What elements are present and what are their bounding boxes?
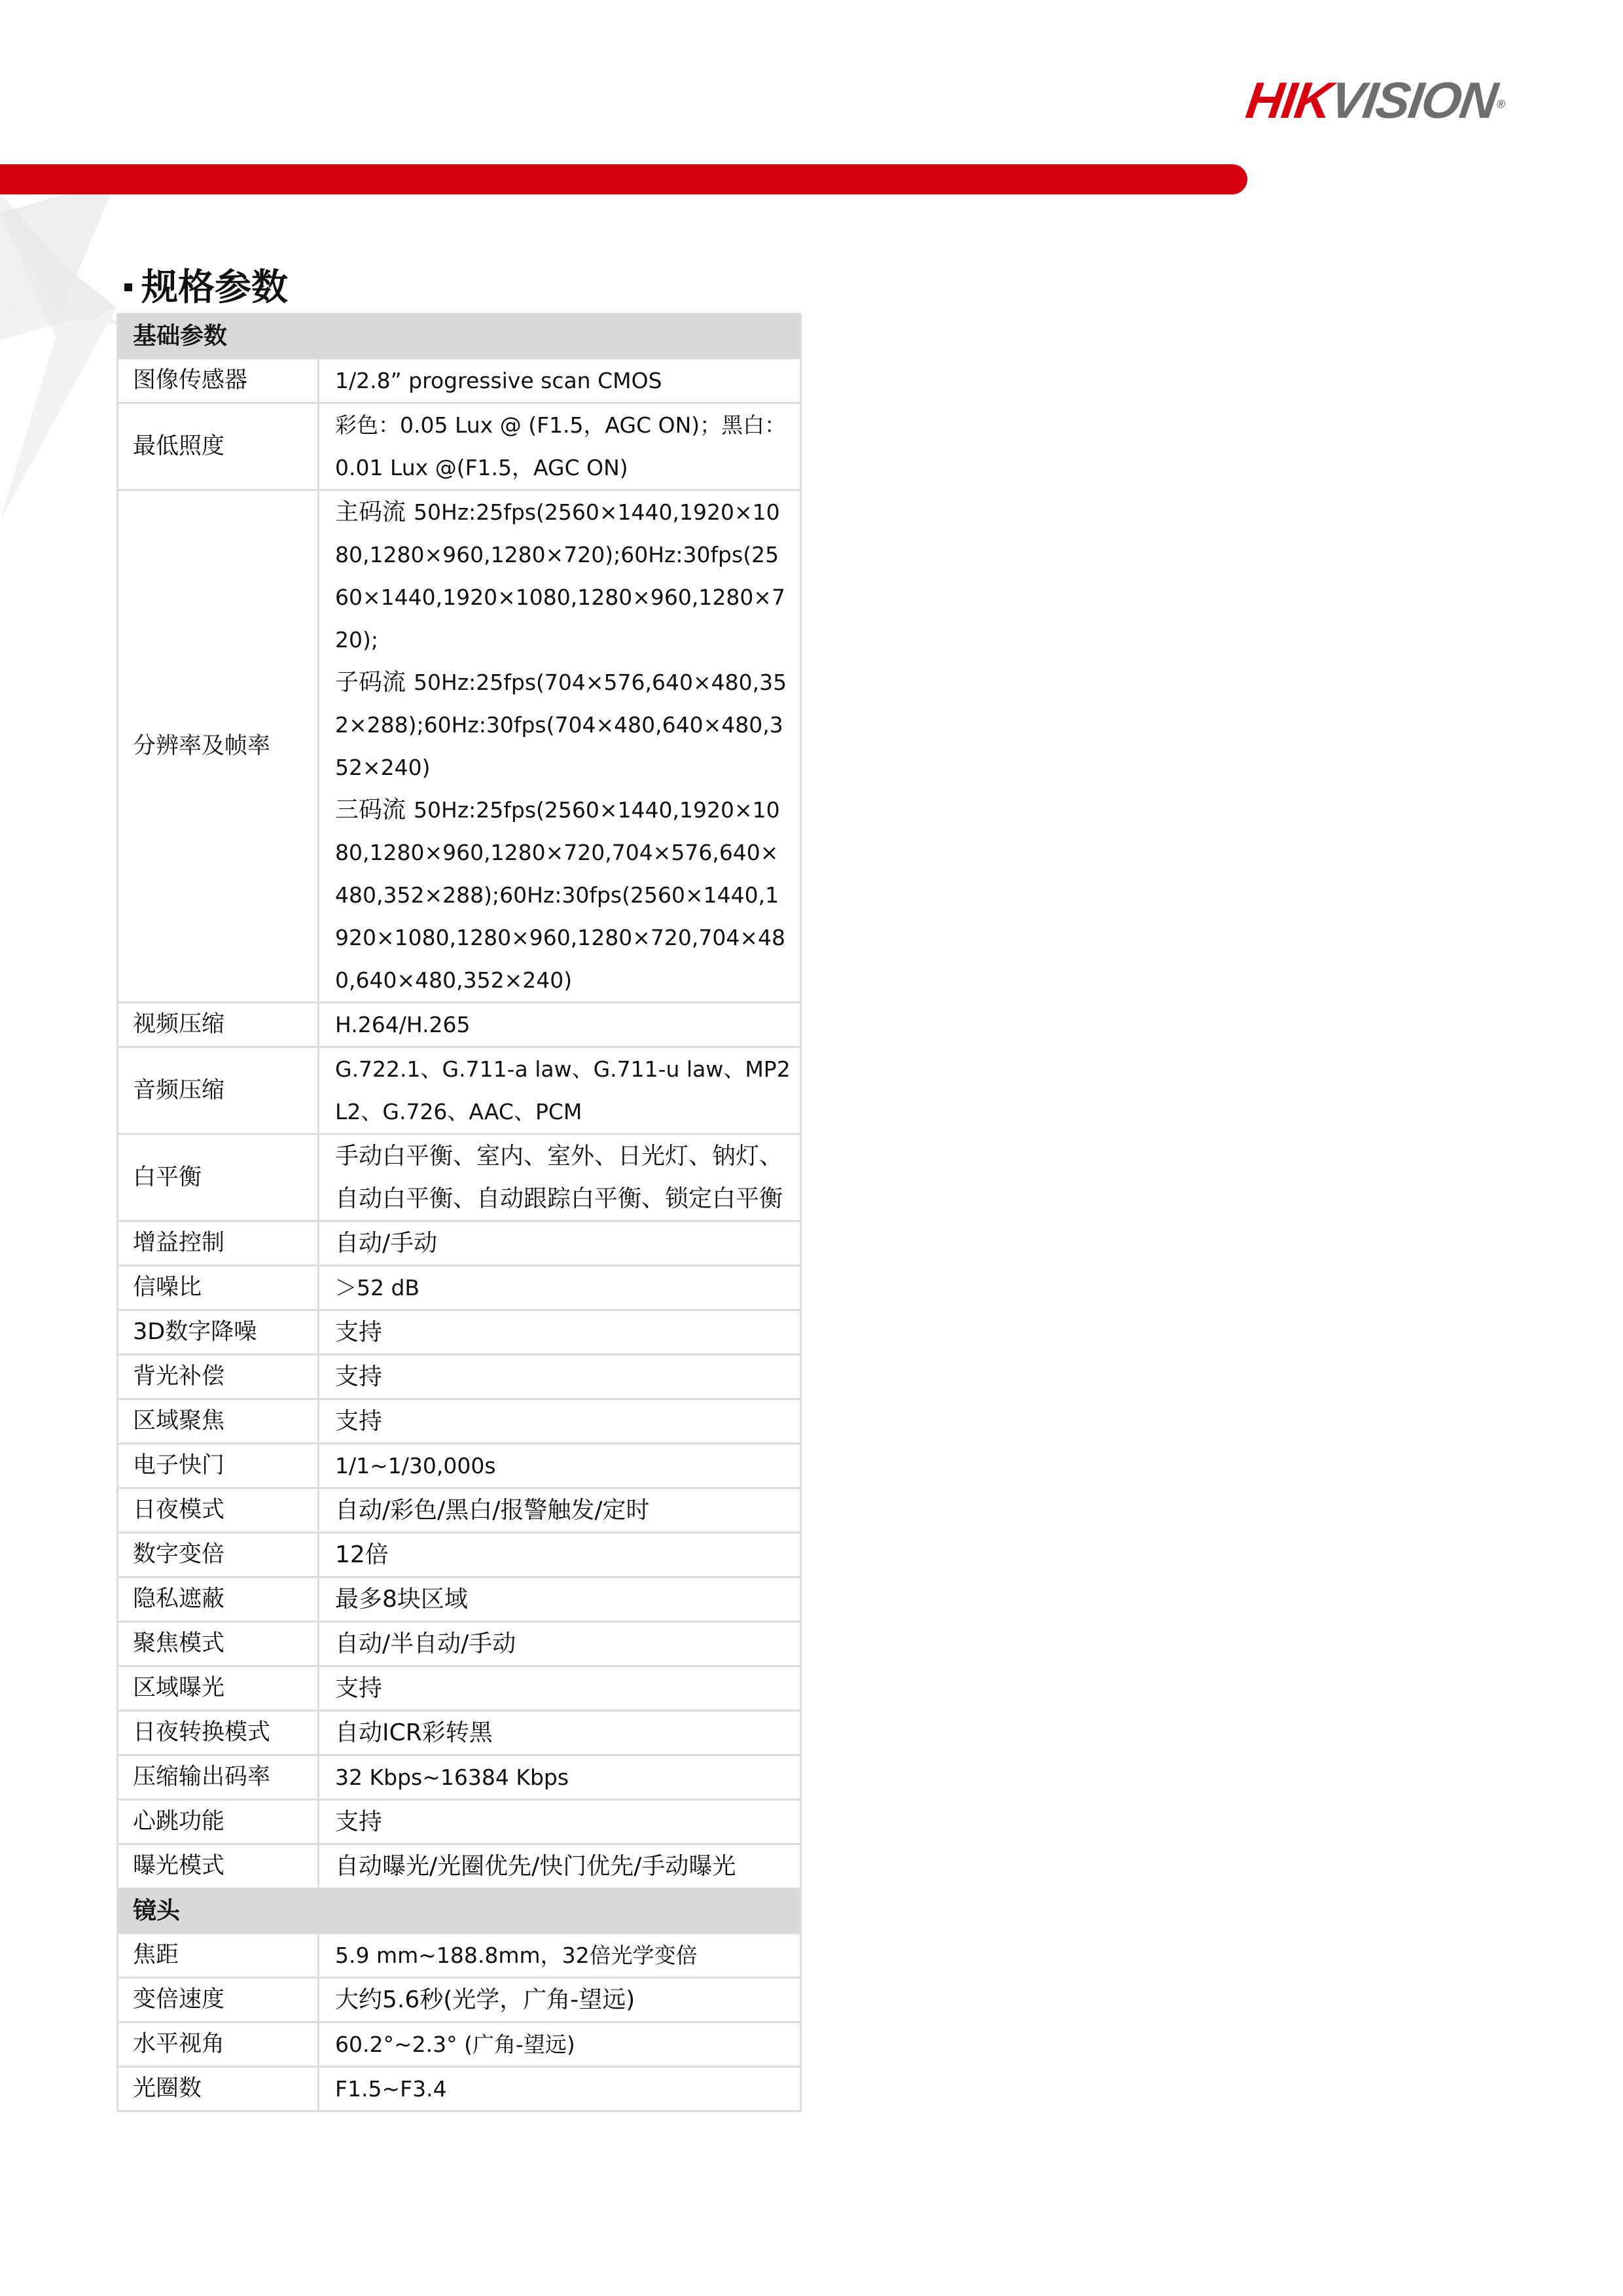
section-header-basic: 基础参数: [118, 314, 801, 359]
row-value: 12倍: [319, 1533, 801, 1577]
row-value: H.264/H.265: [319, 1003, 801, 1047]
row-label: 光圈数: [118, 2067, 319, 2111]
table-row: 背光补偿 支持: [118, 1355, 801, 1399]
row-label: 电子快门: [118, 1444, 319, 1488]
row-label: 区域聚焦: [118, 1399, 319, 1444]
row-label: 隐私遮蔽: [118, 1577, 319, 1622]
table-row: 聚焦模式 自动/半自动/手动: [118, 1622, 801, 1666]
table-row: 水平视角 60.2°~2.3° (广角-望远): [118, 2022, 801, 2067]
spec-table: 基础参数 图像传感器 1/2.8” progressive scan CMOS …: [116, 313, 802, 2112]
table-row: 白平衡 手动白平衡、室内、室外、日光灯、钠灯、自动白平衡、自动跟踪白平衡、锁定白…: [118, 1134, 801, 1221]
row-value: 手动白平衡、室内、室外、日光灯、钠灯、自动白平衡、自动跟踪白平衡、锁定白平衡: [319, 1134, 801, 1221]
stream-main: 主码流50Hz:25fps(2560×1440,1920×1080,1280×9…: [335, 491, 791, 661]
row-value: 自动/半自动/手动: [319, 1622, 801, 1666]
stream-third: 三码流50Hz:25fps(2560×1440,1920×1080,1280×9…: [335, 789, 791, 1001]
row-label: 焦距: [118, 1933, 319, 1978]
bullet-square-icon: [124, 283, 132, 291]
row-value: G.722.1、G.711-a law、G.711-u law、MP2L2、G.…: [319, 1047, 801, 1134]
row-label: 日夜模式: [118, 1488, 319, 1533]
table-row: 区域聚焦 支持: [118, 1399, 801, 1444]
table-row: 3D数字降噪 支持: [118, 1310, 801, 1355]
row-label: 白平衡: [118, 1134, 319, 1221]
table-row: 光圈数 F1.5~F3.4: [118, 2067, 801, 2111]
section-title: 基础参数: [118, 314, 801, 359]
table-row: 区域曝光 支持: [118, 1666, 801, 1711]
logo-hik: HIK: [1243, 71, 1335, 129]
row-label: 数字变倍: [118, 1533, 319, 1577]
row-value: 主码流50Hz:25fps(2560×1440,1920×1080,1280×9…: [319, 490, 801, 1003]
row-label: 曝光模式: [118, 1844, 319, 1889]
table-row: 日夜转换模式 自动ICR彩转黑: [118, 1711, 801, 1755]
table-row: 视频压缩 H.264/H.265: [118, 1003, 801, 1047]
stream-name: 三码流: [335, 797, 406, 823]
row-value: 自动ICR彩转黑: [319, 1711, 801, 1755]
row-value: 自动/彩色/黑白/报警触发/定时: [319, 1488, 801, 1533]
row-label: 水平视角: [118, 2022, 319, 2067]
table-row: 压缩输出码率 32 Kbps~16384 Kbps: [118, 1755, 801, 1800]
table-row: 日夜模式 自动/彩色/黑白/报警触发/定时: [118, 1488, 801, 1533]
row-value: 1/2.8” progressive scan CMOS: [319, 359, 801, 403]
table-row: 最低照度 彩色：0.05 Lux @ (F1.5，AGC ON)；黑白：0.01…: [118, 403, 801, 490]
table-row: 心跳功能 支持: [118, 1800, 801, 1844]
row-value: 彩色：0.05 Lux @ (F1.5，AGC ON)；黑白：0.01 Lux …: [319, 403, 801, 490]
table-row: 图像传感器 1/2.8” progressive scan CMOS: [118, 359, 801, 403]
row-value: ＞52 dB: [319, 1266, 801, 1310]
row-value: 5.9 mm~188.8mm，32倍光学变倍: [319, 1933, 801, 1978]
row-label: 信噪比: [118, 1266, 319, 1310]
row-label: 压缩输出码率: [118, 1755, 319, 1800]
row-label: 视频压缩: [118, 1003, 319, 1047]
row-value: F1.5~F3.4: [319, 2067, 801, 2111]
table-row: 数字变倍 12倍: [118, 1533, 801, 1577]
row-value: 自动/手动: [319, 1221, 801, 1266]
page-title: 规格参数: [124, 263, 288, 313]
row-label: 区域曝光: [118, 1666, 319, 1711]
table-row: 焦距 5.9 mm~188.8mm，32倍光学变倍: [118, 1933, 801, 1978]
row-value: 60.2°~2.3° (广角-望远): [319, 2022, 801, 2067]
section-header-lens: 镜头: [118, 1889, 801, 1933]
table-row: 变倍速度 大约5.6秒(光学，广角-望远): [118, 1978, 801, 2022]
row-value: 大约5.6秒(光学，广角-望远): [319, 1978, 801, 2022]
row-value: 支持: [319, 1355, 801, 1399]
table-row: 增益控制 自动/手动: [118, 1221, 801, 1266]
stream-value: 50Hz:25fps(2560×1440,1920×1080,1280×960,…: [335, 797, 785, 993]
stream-name: 子码流: [335, 669, 406, 696]
row-label: 最低照度: [118, 403, 319, 490]
registered-mark: ®: [1496, 98, 1505, 111]
row-value: 支持: [319, 1399, 801, 1444]
row-label: 3D数字降噪: [118, 1310, 319, 1355]
stream-name: 主码流: [335, 499, 406, 526]
row-value: 支持: [319, 1800, 801, 1844]
row-label: 聚焦模式: [118, 1622, 319, 1666]
row-value: 支持: [319, 1666, 801, 1711]
row-label: 日夜转换模式: [118, 1711, 319, 1755]
section-title: 镜头: [118, 1889, 801, 1933]
row-label: 分辨率及帧率: [118, 490, 319, 1003]
row-value: 32 Kbps~16384 Kbps: [319, 1755, 801, 1800]
row-label: 图像传感器: [118, 359, 319, 403]
table-row: 曝光模式 自动曝光/光圈优先/快门优先/手动曝光: [118, 1844, 801, 1889]
row-label: 增益控制: [118, 1221, 319, 1266]
header-red-bar: [0, 164, 1247, 194]
row-value: 支持: [319, 1310, 801, 1355]
hikvision-logo: HIKVISION®: [1243, 77, 1508, 123]
logo-vision: VISION: [1327, 71, 1500, 129]
table-row: 隐私遮蔽 最多8块区域: [118, 1577, 801, 1622]
page-title-text: 规格参数: [141, 266, 288, 309]
row-value: 自动曝光/光圈优先/快门优先/手动曝光: [319, 1844, 801, 1889]
table-row: 音频压缩 G.722.1、G.711-a law、G.711-u law、MP2…: [118, 1047, 801, 1134]
row-label: 音频压缩: [118, 1047, 319, 1134]
table-row: 电子快门 1/1~1/30,000s: [118, 1444, 801, 1488]
row-value: 最多8块区域: [319, 1577, 801, 1622]
row-label: 心跳功能: [118, 1800, 319, 1844]
row-value: 1/1~1/30,000s: [319, 1444, 801, 1488]
row-label: 变倍速度: [118, 1978, 319, 2022]
table-row: 信噪比 ＞52 dB: [118, 1266, 801, 1310]
row-label: 背光补偿: [118, 1355, 319, 1399]
table-row-resolution: 分辨率及帧率 主码流50Hz:25fps(2560×1440,1920×1080…: [118, 490, 801, 1003]
stream-sub: 子码流50Hz:25fps(704×576,640×480,352×288);6…: [335, 661, 791, 789]
